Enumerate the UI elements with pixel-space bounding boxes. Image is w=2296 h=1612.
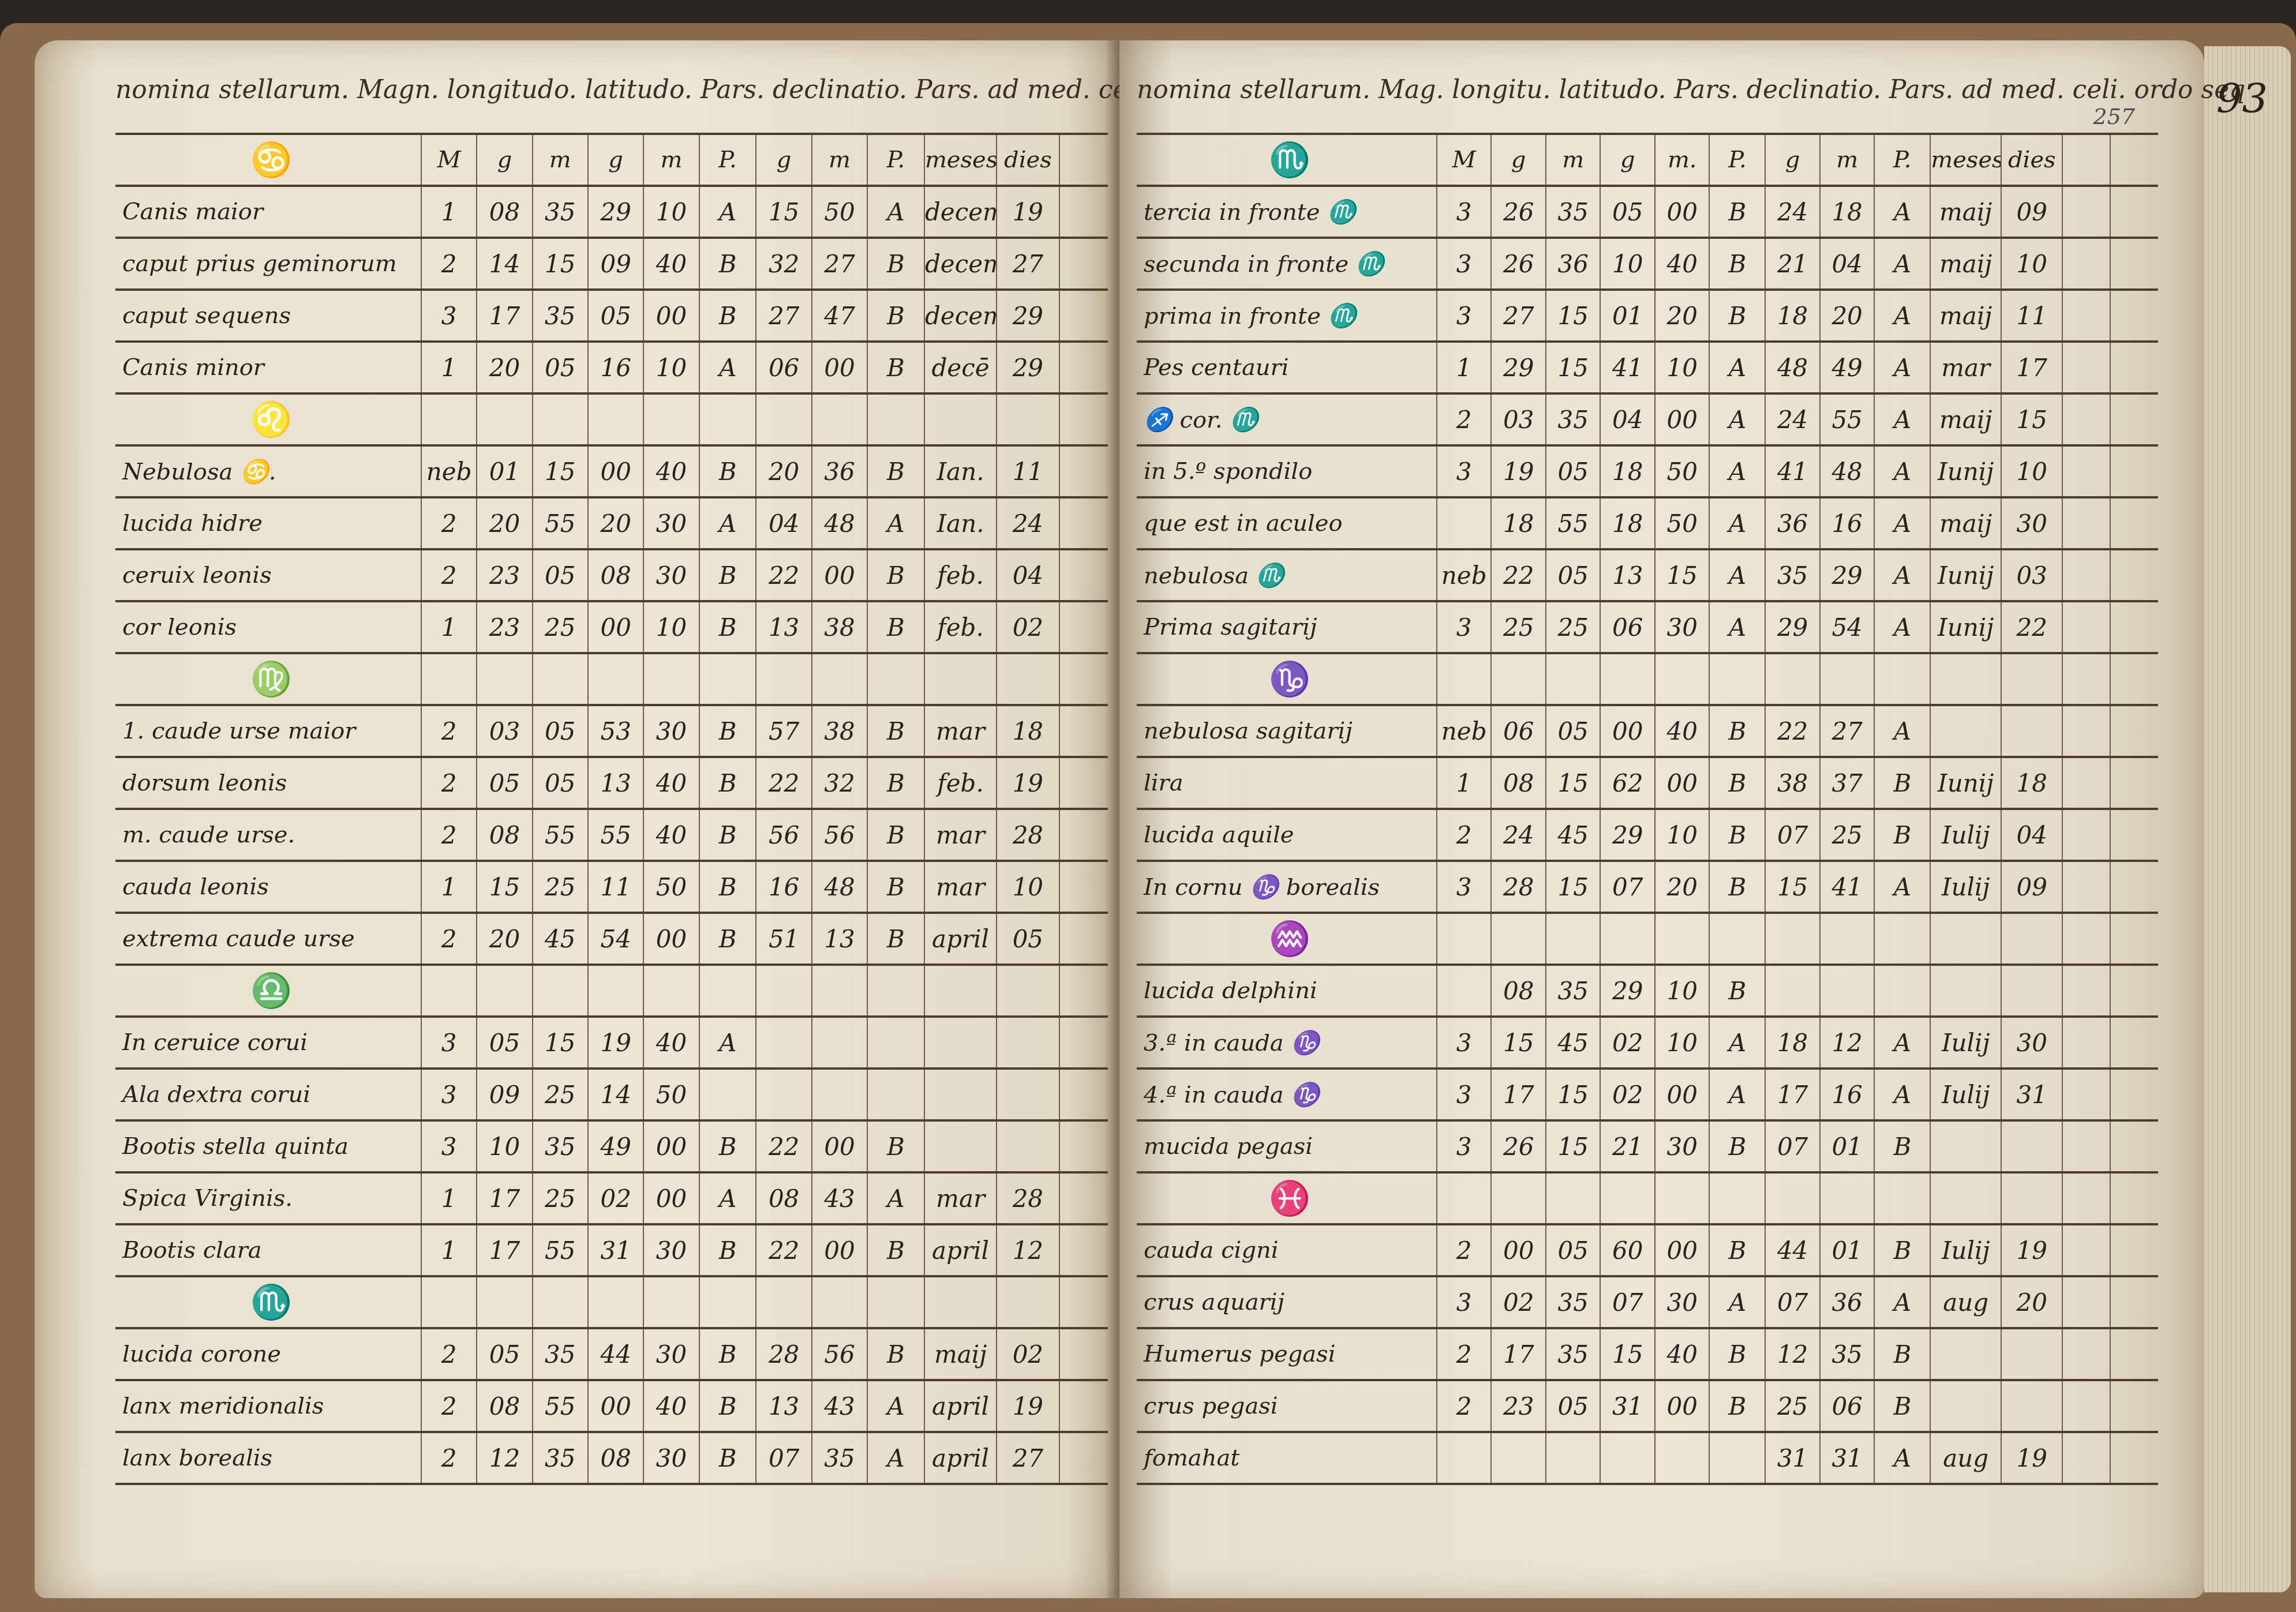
cell-lat-p: B xyxy=(699,549,756,601)
cell-lon-g: 26 xyxy=(1491,1120,1546,1172)
cell-dec-p: A xyxy=(1874,290,1930,342)
zodiac-sign-icon: ♏ xyxy=(1137,134,1437,186)
cell-month: decē xyxy=(924,342,997,393)
cell-lat-p: A xyxy=(1709,497,1765,549)
star-row: ♐ cor. ♏203350400A2455Amaij15 xyxy=(1137,393,2158,445)
empty-cell xyxy=(2110,1276,2158,1328)
cell-dec-p: B xyxy=(867,445,924,497)
cell-month: aug xyxy=(1930,1276,2001,1328)
cell-dec-m: 00 xyxy=(812,1120,867,1172)
cell-dec-g: 51 xyxy=(756,913,811,965)
cell-day xyxy=(2001,1120,2062,1172)
zodiac-sign-icon: ♎ xyxy=(115,965,421,1017)
cell-lat-p: B xyxy=(1709,965,1765,1017)
cell-dec-m: 12 xyxy=(1820,1017,1875,1069)
cell-lat-p: A xyxy=(699,1172,756,1224)
cell-lon-m: 25 xyxy=(1546,601,1601,653)
column-header: M xyxy=(421,134,477,186)
cell-dec-p: A xyxy=(1874,186,1930,238)
cell-mag: 2 xyxy=(1437,393,1492,445)
empty-cell xyxy=(2110,601,2158,653)
empty-cell xyxy=(1059,1224,1108,1276)
star-name: 4.ª in cauda ♑ xyxy=(1137,1069,1437,1120)
cell-lat-m: 00 xyxy=(1655,1224,1710,1276)
star-name: Spica Virginis. xyxy=(115,1172,421,1224)
star-name: fomahat xyxy=(1137,1432,1437,1484)
cell-day: 05 xyxy=(997,913,1059,965)
cell-lon-g: 08 xyxy=(477,1380,532,1432)
cell-dec-m: 47 xyxy=(812,290,867,342)
empty-cell xyxy=(1059,549,1108,601)
cell-lat-g: 53 xyxy=(588,705,643,757)
empty-cell xyxy=(2110,549,2158,601)
cell-dec-g: 29 xyxy=(1765,601,1820,653)
cell-mag: 1 xyxy=(421,601,477,653)
cell-lat-p: B xyxy=(1709,1380,1765,1432)
star-name: extrema caude urse xyxy=(115,913,421,965)
cell-lat-g: 29 xyxy=(1600,965,1655,1017)
empty-cell xyxy=(2110,757,2158,809)
zodiac-sign-row: ♓ xyxy=(1137,1172,2158,1224)
zodiac-sign-row: ♒ xyxy=(1137,913,2158,965)
cell-dec-p: B xyxy=(1874,1328,1930,1380)
star-name: tercia in fronte ♏ xyxy=(1137,186,1437,238)
cell-dec-g: 24 xyxy=(1765,393,1820,445)
empty-cell xyxy=(1059,1017,1108,1069)
star-row: Ala dextra corui309251450 xyxy=(115,1069,1108,1120)
cell-dec-g: 24 xyxy=(1765,186,1820,238)
cell-dec-m: 36 xyxy=(1820,1276,1875,1328)
cell-dec-g: 06 xyxy=(756,342,811,393)
cell-dec-p: A xyxy=(1874,861,1930,913)
cell-dec-g: 07 xyxy=(1765,809,1820,861)
cell-lon-m: 05 xyxy=(1546,1380,1601,1432)
cell-lat-p: B xyxy=(1709,290,1765,342)
cell-lat-m: 00 xyxy=(1655,186,1710,238)
star-row: tercia in fronte ♏326350500B2418Amaij09 xyxy=(1137,186,2158,238)
empty-cell xyxy=(2062,1328,2110,1380)
cell-lat-p: A xyxy=(1709,342,1765,393)
star-row: Bootis stella quinta310354900B2200B xyxy=(115,1120,1108,1172)
cell-lon-m: 15 xyxy=(533,1017,588,1069)
empty-cell xyxy=(2110,186,2158,238)
cell-lat-m: 00 xyxy=(1655,757,1710,809)
cell-dec-m: 56 xyxy=(812,809,867,861)
cell-dec-g xyxy=(756,1069,811,1120)
zodiac-sign-icon: ♏ xyxy=(115,1276,421,1328)
cell-dec-p: A xyxy=(1874,1069,1930,1120)
star-row: In cornu ♑ borealis328150720B1541AIulij0… xyxy=(1137,861,2158,913)
cell-dec-g: 22 xyxy=(756,549,811,601)
cell-day: 10 xyxy=(2001,445,2062,497)
zodiac-sign-row: ♎ xyxy=(115,965,1108,1017)
cell-lat-p: A xyxy=(1709,445,1765,497)
cell-lat-g: 18 xyxy=(1600,497,1655,549)
cell-mag: 3 xyxy=(421,290,477,342)
cell-dec-g xyxy=(756,1017,811,1069)
cell-month: april xyxy=(924,913,997,965)
cell-dec-m: 48 xyxy=(812,497,867,549)
cell-mag: 3 xyxy=(1437,861,1492,913)
column-header: g xyxy=(1491,134,1546,186)
cell-dec-g: 07 xyxy=(1765,1120,1820,1172)
cell-lat-g: 19 xyxy=(588,1017,643,1069)
cell-lat-g: 00 xyxy=(588,445,643,497)
star-row: Spica Virginis.117250200A0843Amar28 xyxy=(115,1172,1108,1224)
star-name: lanx borealis xyxy=(115,1432,421,1484)
star-row: prima in fronte ♏327150120B1820Amaij11 xyxy=(1137,290,2158,342)
cell-lat-g: 07 xyxy=(1600,1276,1655,1328)
cell-month: mar xyxy=(924,705,997,757)
column-header: P. xyxy=(1709,134,1765,186)
cell-dec-m: 35 xyxy=(1820,1328,1875,1380)
cell-lat-m: 40 xyxy=(643,1380,699,1432)
cell-lat-g: 29 xyxy=(588,186,643,238)
cell-dec-m: 27 xyxy=(1820,705,1875,757)
cell-month: Iunij xyxy=(1930,549,2001,601)
cell-lat-g: 15 xyxy=(1600,1328,1655,1380)
empty-cell xyxy=(1059,1328,1108,1380)
cell-dec-m: 38 xyxy=(812,601,867,653)
cell-lat-m: 30 xyxy=(1655,1120,1710,1172)
empty-cell xyxy=(2062,653,2110,705)
cell-mag: 2 xyxy=(421,705,477,757)
cell-dec-p: A xyxy=(867,1432,924,1484)
cell-dec-p: A xyxy=(867,497,924,549)
cell-day: 17 xyxy=(2001,342,2062,393)
cell-mag: 2 xyxy=(421,913,477,965)
column-header: m xyxy=(1546,134,1601,186)
cell-dec-p xyxy=(1874,965,1930,1017)
cell-mag: 3 xyxy=(421,1120,477,1172)
cell-lon-m: 35 xyxy=(533,186,588,238)
empty-cell xyxy=(2110,705,2158,757)
cell-lat-m: 20 xyxy=(1655,290,1710,342)
star-row: Nebulosa ♋.neb01150040B2036BIan.11 xyxy=(115,445,1108,497)
star-row: nebulosa sagitarijneb06050040B2227A xyxy=(1137,705,2158,757)
cell-month: maij xyxy=(1930,497,2001,549)
cell-lon-m: 15 xyxy=(1546,1069,1601,1120)
cell-lon-g: 03 xyxy=(1491,393,1546,445)
star-name: cauda leonis xyxy=(115,861,421,913)
cell-day: 24 xyxy=(997,497,1059,549)
star-row: m. caude urse.208555540B5656Bmar28 xyxy=(115,809,1108,861)
empty-cell xyxy=(2062,497,2110,549)
cell-dec-g: 13 xyxy=(756,601,811,653)
empty-cell xyxy=(2062,1432,2110,1484)
cell-lon-m: 35 xyxy=(1546,186,1601,238)
sheet-number: 257 xyxy=(2093,104,2135,129)
cell-lat-g: 00 xyxy=(1600,705,1655,757)
cell-mag xyxy=(1437,965,1492,1017)
cell-lon-g: 03 xyxy=(477,705,532,757)
empty-cell xyxy=(2062,757,2110,809)
cell-lon-m: 05 xyxy=(533,549,588,601)
cell-day: 04 xyxy=(2001,809,2062,861)
column-header: dies xyxy=(2001,134,2062,186)
cell-lat-p: A xyxy=(699,497,756,549)
cell-lon-m xyxy=(1546,1432,1601,1484)
cell-dec-m: 00 xyxy=(812,1224,867,1276)
empty-cell xyxy=(2110,1172,2158,1224)
cell-dec-p: A xyxy=(867,1172,924,1224)
column-header: g xyxy=(1765,134,1820,186)
cell-lat-p: B xyxy=(1709,1224,1765,1276)
cell-mag: 2 xyxy=(421,1380,477,1432)
cell-lat-g: 55 xyxy=(588,809,643,861)
cell-lon-m: 55 xyxy=(533,1224,588,1276)
star-row: Bootis clara117553130B2200Bapril12 xyxy=(115,1224,1108,1276)
cell-day: 19 xyxy=(2001,1224,2062,1276)
cell-mag: 2 xyxy=(1437,1224,1492,1276)
cell-lat-m: 40 xyxy=(1655,238,1710,290)
column-header: P. xyxy=(867,134,924,186)
cell-lat-g: 09 xyxy=(588,238,643,290)
cell-day: 10 xyxy=(2001,238,2062,290)
empty-cell xyxy=(1059,497,1108,549)
star-name: Ala dextra corui xyxy=(115,1069,421,1120)
empty-cell xyxy=(2062,1276,2110,1328)
empty-cell xyxy=(2110,965,2158,1017)
cell-month xyxy=(924,1017,997,1069)
column-header: m xyxy=(533,134,588,186)
star-row: 1. caude urse maior203055330B5738Bmar18 xyxy=(115,705,1108,757)
cell-dec-p: A xyxy=(1874,1017,1930,1069)
cell-lat-m: 00 xyxy=(643,913,699,965)
cell-dec-g: 31 xyxy=(1765,1432,1820,1484)
cell-dec-g: 22 xyxy=(756,1224,811,1276)
cell-month xyxy=(1930,1328,2001,1380)
empty-cell xyxy=(1059,1276,1108,1328)
cell-day: 09 xyxy=(2001,186,2062,238)
cell-lat-g: 41 xyxy=(1600,342,1655,393)
cell-day: 28 xyxy=(997,1172,1059,1224)
cell-lon-m: 45 xyxy=(1546,809,1601,861)
cell-lat-p: A xyxy=(699,342,756,393)
star-name: crus pegasi xyxy=(1137,1380,1437,1432)
cell-dec-g: 36 xyxy=(1765,497,1820,549)
star-row: Canis maior108352910A1550Adecem19 xyxy=(115,186,1108,238)
cell-dec-g: 22 xyxy=(756,1120,811,1172)
cell-lat-g: 10 xyxy=(1600,238,1655,290)
cell-month: mar xyxy=(924,1172,997,1224)
cell-month: Iunij xyxy=(1930,757,2001,809)
cell-lat-m: 10 xyxy=(1655,342,1710,393)
star-name: Prima sagitarij xyxy=(1137,601,1437,653)
cell-lon-g: 00 xyxy=(1491,1224,1546,1276)
star-name: dorsum leonis xyxy=(115,757,421,809)
empty-cell xyxy=(1059,601,1108,653)
cell-dec-m: 18 xyxy=(1820,186,1875,238)
cell-dec-m: 16 xyxy=(1820,1069,1875,1120)
cell-lat-m: 00 xyxy=(643,1120,699,1172)
zodiac-sign-icon: ♓ xyxy=(1137,1172,1437,1224)
star-name: lucida hidre xyxy=(115,497,421,549)
cell-mag: 3 xyxy=(1437,1120,1492,1172)
cell-dec-m: 38 xyxy=(812,705,867,757)
cell-dec-p: A xyxy=(1874,445,1930,497)
cell-dec-p: A xyxy=(1874,238,1930,290)
column-header: dies xyxy=(997,134,1059,186)
cell-day: 29 xyxy=(997,342,1059,393)
right-page: nomina stellarum. Mag. longitu. latitudo… xyxy=(1119,40,2204,1598)
cell-lat-g: 08 xyxy=(588,549,643,601)
cell-dec-p: B xyxy=(1874,1380,1930,1432)
cell-lat-m: 00 xyxy=(643,290,699,342)
cell-dec-m: 43 xyxy=(812,1172,867,1224)
cell-mag: neb xyxy=(1437,549,1492,601)
cell-dec-m: 56 xyxy=(812,1328,867,1380)
cell-dec-m: 29 xyxy=(1820,549,1875,601)
star-name: caput sequens xyxy=(115,290,421,342)
cell-lat-m: 00 xyxy=(643,1172,699,1224)
cell-mag xyxy=(1437,1432,1492,1484)
cell-mag: 3 xyxy=(1437,445,1492,497)
star-name: 1. caude urse maior xyxy=(115,705,421,757)
cell-dec-p: B xyxy=(1874,809,1930,861)
empty-cell xyxy=(1059,757,1108,809)
cell-dec-g: 21 xyxy=(1765,238,1820,290)
cell-lon-m: 55 xyxy=(1546,497,1601,549)
cell-dec-m: 36 xyxy=(812,445,867,497)
cell-mag: 2 xyxy=(421,1432,477,1484)
cell-lat-m: 40 xyxy=(1655,705,1710,757)
cell-lon-m: 35 xyxy=(1546,1276,1601,1328)
cell-lon-m: 15 xyxy=(1546,861,1601,913)
zodiac-sign-row: ♏Mgmgm.P.gmP.mesesdies xyxy=(1137,134,2158,186)
cell-lon-g: 23 xyxy=(1491,1380,1546,1432)
cell-lon-m: 25 xyxy=(533,1172,588,1224)
cell-day: 10 xyxy=(997,861,1059,913)
empty-cell xyxy=(1059,1380,1108,1432)
empty-cell xyxy=(2110,1380,2158,1432)
empty-cell xyxy=(2062,601,2110,653)
cell-lon-g: 17 xyxy=(477,1224,532,1276)
cell-lat-m: 10 xyxy=(643,186,699,238)
cell-day: 20 xyxy=(2001,1276,2062,1328)
empty-cell xyxy=(1059,861,1108,913)
cell-lat-p: A xyxy=(1709,549,1765,601)
star-name: Nebulosa ♋. xyxy=(115,445,421,497)
cell-lon-m: 36 xyxy=(1546,238,1601,290)
cell-lat-m: 30 xyxy=(643,705,699,757)
column-header: m. xyxy=(1655,134,1710,186)
cell-lat-m: 30 xyxy=(643,549,699,601)
empty-cell xyxy=(1059,342,1108,393)
cell-lat-m: 40 xyxy=(643,1017,699,1069)
cell-lat-p: B xyxy=(699,445,756,497)
cell-dec-p: B xyxy=(1874,1120,1930,1172)
cell-month: aug xyxy=(1930,1432,2001,1484)
left-page-header: nomina stellarum. Magn. longitudo. latit… xyxy=(115,75,1255,104)
cell-lat-g: 00 xyxy=(588,1380,643,1432)
empty-cell xyxy=(2062,1069,2110,1120)
cell-dec-m xyxy=(1820,965,1875,1017)
cell-day: 11 xyxy=(997,445,1059,497)
star-name: in 5.º spondilo xyxy=(1137,445,1437,497)
column-header: P. xyxy=(1874,134,1930,186)
cell-lon-m: 05 xyxy=(1546,445,1601,497)
cell-month: feb. xyxy=(924,601,997,653)
empty-cell xyxy=(1059,445,1108,497)
empty-cell xyxy=(2062,1172,2110,1224)
cell-lon-g: 08 xyxy=(1491,965,1546,1017)
empty-cell xyxy=(1059,238,1108,290)
cell-lat-p: B xyxy=(699,1224,756,1276)
cell-lon-m: 55 xyxy=(533,497,588,549)
star-name: crus aquarij xyxy=(1137,1276,1437,1328)
cell-day: 19 xyxy=(2001,1432,2062,1484)
zodiac-sign-row: ♑ xyxy=(1137,653,2158,705)
cell-lon-g: 10 xyxy=(477,1120,532,1172)
empty-cell xyxy=(2110,1017,2158,1069)
cell-lat-m: 30 xyxy=(643,1224,699,1276)
cell-lat-p: B xyxy=(699,809,756,861)
cell-day: 04 xyxy=(997,549,1059,601)
cell-lon-g: 08 xyxy=(477,186,532,238)
star-row: 4.ª in cauda ♑317150200A1716AIulij31 xyxy=(1137,1069,2158,1120)
cell-lon-g: 08 xyxy=(477,809,532,861)
cell-lat-p: B xyxy=(699,1432,756,1484)
cell-dec-g: 18 xyxy=(1765,290,1820,342)
cell-dec-g: 22 xyxy=(1765,705,1820,757)
zodiac-sign-icon: ♑ xyxy=(1137,653,1437,705)
star-row: lucida aquile224452910B0725BIulij04 xyxy=(1137,809,2158,861)
empty-cell xyxy=(2110,653,2158,705)
cell-month: april xyxy=(924,1380,997,1432)
cell-lat-g: 07 xyxy=(1600,861,1655,913)
cell-lat-p: B xyxy=(699,913,756,965)
cell-dec-g: 27 xyxy=(756,290,811,342)
empty-cell xyxy=(1059,1120,1108,1172)
cell-lat-p: B xyxy=(1709,757,1765,809)
cell-lon-m: 05 xyxy=(1546,1224,1601,1276)
cell-lat-m: 30 xyxy=(643,1328,699,1380)
cell-lat-m: 30 xyxy=(643,497,699,549)
cell-lat-p: A xyxy=(699,186,756,238)
cell-lon-g: 17 xyxy=(1491,1328,1546,1380)
cell-lat-m: 40 xyxy=(643,757,699,809)
cell-dec-g: 25 xyxy=(1765,1380,1820,1432)
cell-dec-p xyxy=(867,1017,924,1069)
zodiac-sign-icon: ♋ xyxy=(115,134,421,186)
cell-lat-p: B xyxy=(1709,238,1765,290)
cell-month: maij xyxy=(1930,393,2001,445)
star-name: Canis minor xyxy=(115,342,421,393)
cell-lon-g: 15 xyxy=(477,861,532,913)
cell-day xyxy=(2001,1328,2062,1380)
empty-cell xyxy=(2110,1328,2158,1380)
empty-cell xyxy=(2062,342,2110,393)
column-header: g xyxy=(1600,134,1655,186)
left-star-table: ♋MgmgmP.gmP.mesesdies Canis maior1083529… xyxy=(115,133,1108,1485)
cell-dec-p: B xyxy=(867,757,924,809)
cell-dec-g: 08 xyxy=(756,1172,811,1224)
star-row: caput sequens317350500B2747Bdecem29 xyxy=(115,290,1108,342)
cell-lon-g: 17 xyxy=(1491,1069,1546,1120)
empty-cell xyxy=(2062,393,2110,445)
cell-lat-g: 00 xyxy=(588,601,643,653)
cell-mag: 3 xyxy=(421,1017,477,1069)
cell-dec-m: 31 xyxy=(1820,1432,1875,1484)
star-row: Canis minor120051610A0600Bdecē29 xyxy=(115,342,1108,393)
cell-dec-g: 48 xyxy=(1765,342,1820,393)
cell-mag: 2 xyxy=(421,757,477,809)
cell-lon-g: 02 xyxy=(1491,1276,1546,1328)
cell-month: Iunij xyxy=(1930,601,2001,653)
empty-cell xyxy=(2062,705,2110,757)
cell-lon-m: 35 xyxy=(533,290,588,342)
